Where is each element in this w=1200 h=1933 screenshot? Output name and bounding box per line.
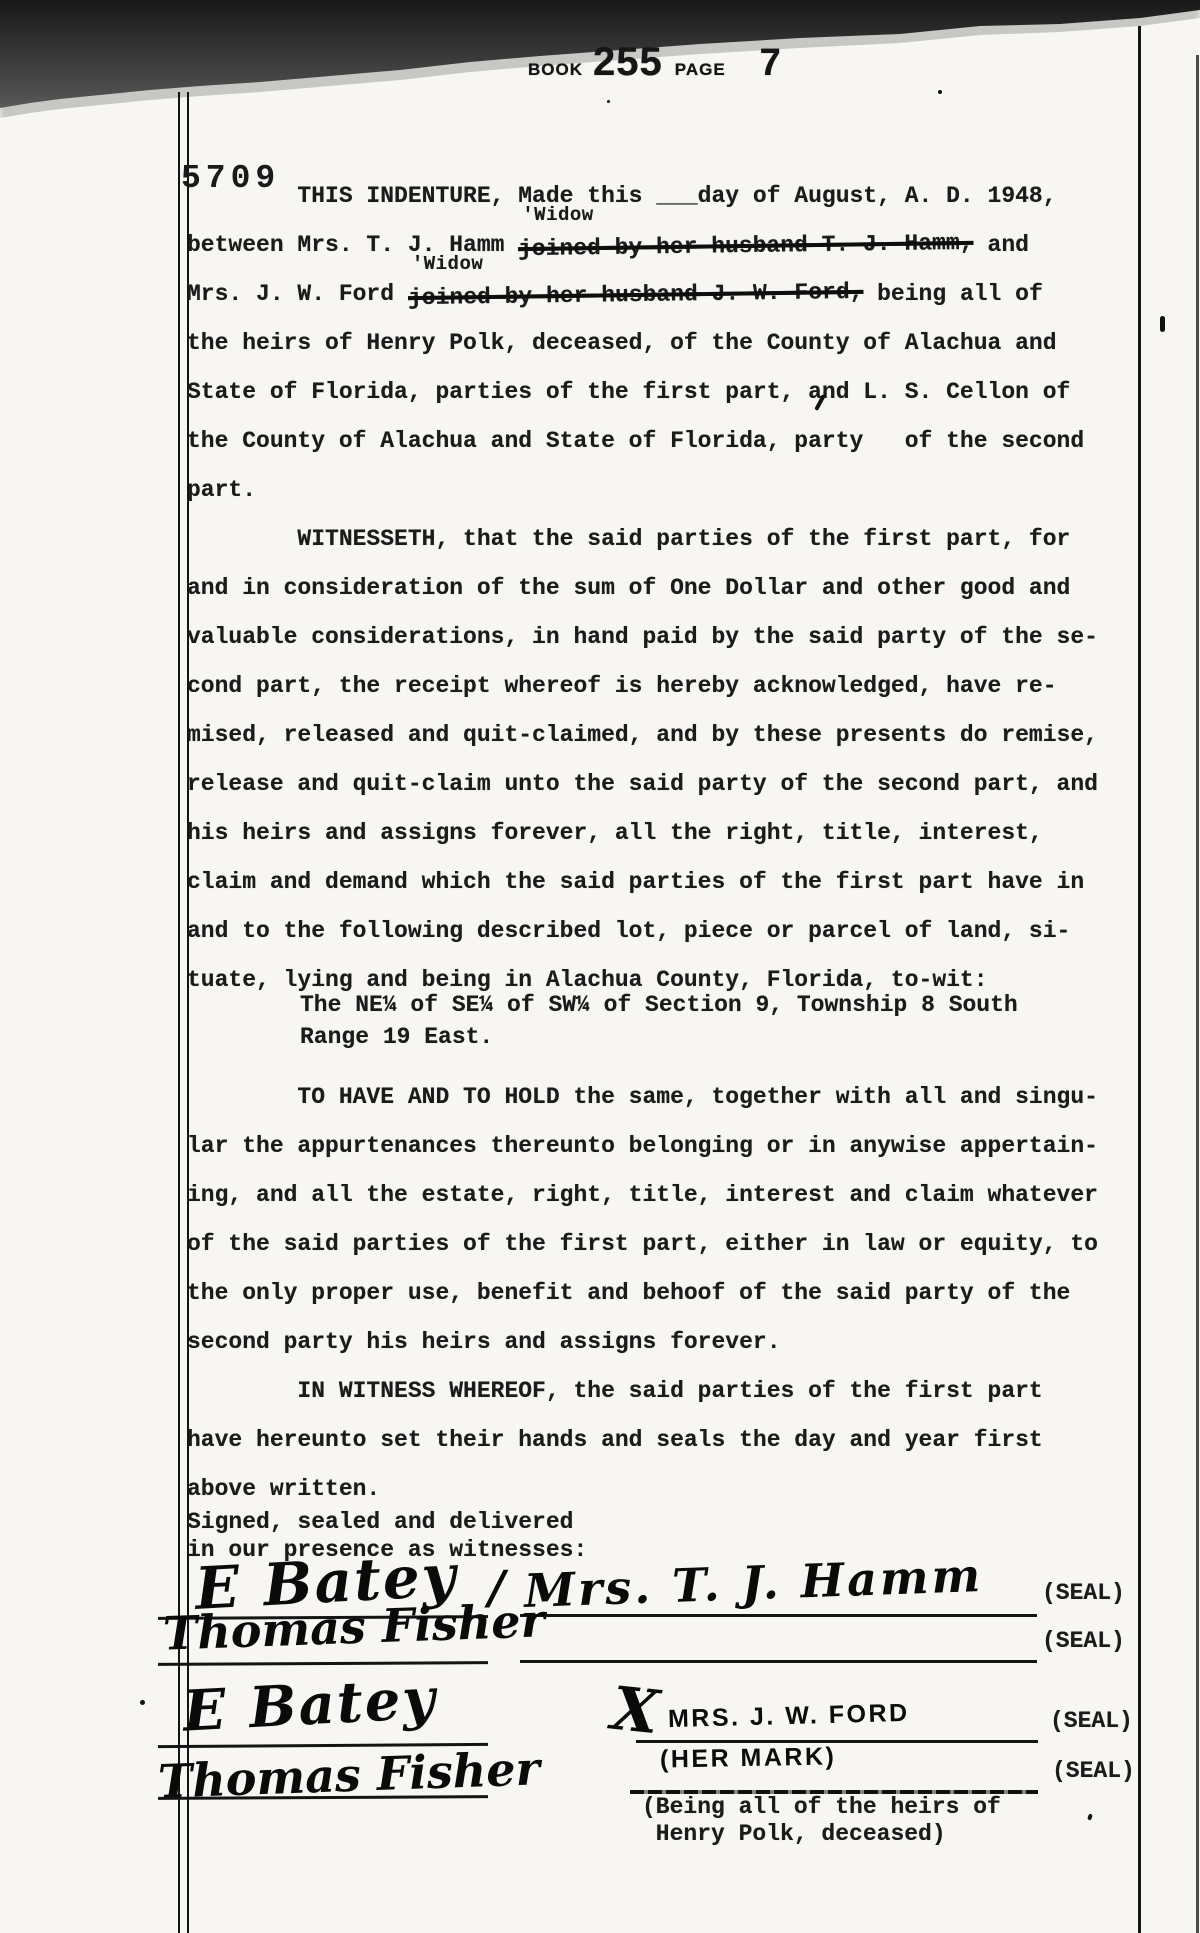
deed-line: of the said parties of the first part, e… [187, 1220, 1147, 1269]
deed-line: release and quit-claim unto the said par… [187, 760, 1147, 809]
deed-line: have hereunto set their hands and seals … [187, 1416, 1147, 1465]
ford-signature: MRS. J. W. FORD [668, 1699, 910, 1734]
grantor-signature-line-2 [520, 1660, 1037, 1663]
witness-signature-line-2 [158, 1661, 488, 1666]
book-number: 255 [593, 40, 663, 85]
ford-widow-insert: 'Widow [412, 255, 483, 274]
ford-prefix: Mrs. J. W. Ford [187, 281, 408, 307]
ford-correction: 'Widowjoined by her husband J. W. Ford, [408, 270, 863, 319]
seal-label-4: (SEAL) [1052, 1758, 1135, 1784]
legal-description: The NE¼ of SE¼ of SW¼ of Section 9, Town… [300, 989, 1147, 1053]
deed-page: BOOK 255 PAGE 7 5709 THIS INDENTURE, Mad… [0, 0, 1200, 1933]
ford-x-mark: X [608, 1674, 662, 1748]
deed-opening-line: THIS INDENTURE, Made this ___day of Augu… [187, 172, 1147, 221]
deed-line: the only proper use, benefit and behoof … [187, 1269, 1147, 1318]
deed-line: WITNESSETH, that the said parties of the… [187, 515, 1147, 564]
ford-struck-text: joined by her husband J. W. Ford, [408, 268, 864, 323]
ink-speck [938, 90, 942, 94]
seal-label-2: (SEAL) [1042, 1628, 1125, 1654]
right-edge-rule [1196, 55, 1199, 1933]
heirs-note-line-1: (Being all of the heirs of [642, 1794, 1001, 1821]
seal-label-3: (SEAL) [1050, 1708, 1133, 1734]
book-page-header: BOOK 255 PAGE 7 [528, 40, 782, 85]
deed-line: mised, released and quit-claimed, and by… [187, 711, 1147, 760]
deed-line: State of Florida, parties of the first p… [187, 368, 1147, 417]
deed-body: THIS INDENTURE, Made this ___day of Augu… [187, 172, 1147, 1564]
hamm-struck-text: joined by her husband T. J. Hamm, [518, 219, 974, 274]
hamm-widow-insert: 'Widow [522, 206, 593, 225]
deed-line: cond part, the receipt whereof is hereby… [187, 662, 1147, 711]
deed-line: IN WITNESS WHEREOF, the said parties of … [187, 1367, 1147, 1416]
deed-line: TO HAVE AND TO HOLD the same, together w… [187, 1073, 1147, 1122]
deed-line: and in consideration of the sum of One D… [187, 564, 1147, 613]
deed-line: claim and demand which the said parties … [187, 858, 1147, 907]
deed-line: the County of Alachua and State of Flori… [187, 417, 1147, 466]
grantor-signature-line-3 [636, 1740, 1038, 1743]
deed-body-part1: the heirs of Henry Polk, deceased, of th… [187, 319, 1147, 1005]
page-label: PAGE [675, 60, 726, 80]
attestation-line: Signed, sealed and delivered [187, 1508, 1147, 1536]
legal-description-line: The NE¼ of SE¼ of SW¼ of Section 9, Town… [300, 989, 1147, 1021]
witness-signature-3: E Batey [181, 1665, 438, 1744]
ink-speck [140, 1700, 145, 1705]
ford-suffix: being all of [863, 281, 1042, 307]
deed-body-part2: TO HAVE AND TO HOLD the same, together w… [187, 1073, 1147, 1514]
page-number: 7 [760, 42, 782, 85]
seal-label-1: (SEAL) [1042, 1580, 1125, 1606]
heirs-note-line-2: Henry Polk, deceased) [642, 1821, 946, 1848]
deed-line: lar the appurtenances thereunto belongin… [187, 1122, 1147, 1171]
hamm-correction: 'Widowjoined by her husband T. J. Hamm, [518, 221, 973, 270]
party-line-ford: Mrs. J. W. Ford 'Widowjoined by her husb… [187, 270, 1147, 319]
party-line-hamm: between Mrs. T. J. Hamm 'Widowjoined by … [187, 221, 1147, 270]
deed-line: the heirs of Henry Polk, deceased, of th… [187, 319, 1147, 368]
ink-speck [607, 100, 610, 103]
hamm-suffix: and [974, 232, 1029, 258]
her-mark-note: (HER MARK) [660, 1742, 837, 1774]
deed-line: part. [187, 466, 1147, 515]
legal-description-line: Range 19 East. [300, 1021, 1147, 1053]
deed-line: above written. [187, 1465, 1147, 1514]
deed-line: his heirs and assigns forever, all the r… [187, 809, 1147, 858]
deed-line: second party his heirs and assigns forev… [187, 1318, 1147, 1367]
deed-line: valuable considerations, in hand paid by… [187, 613, 1147, 662]
book-label: BOOK [528, 60, 583, 80]
deed-line: ing, and all the estate, right, title, i… [187, 1171, 1147, 1220]
ink-speck [1087, 1813, 1093, 1820]
grantor-signature-line-1 [520, 1614, 1037, 1617]
deed-line: and to the following described lot, piec… [187, 907, 1147, 956]
ink-mark [1160, 316, 1165, 332]
